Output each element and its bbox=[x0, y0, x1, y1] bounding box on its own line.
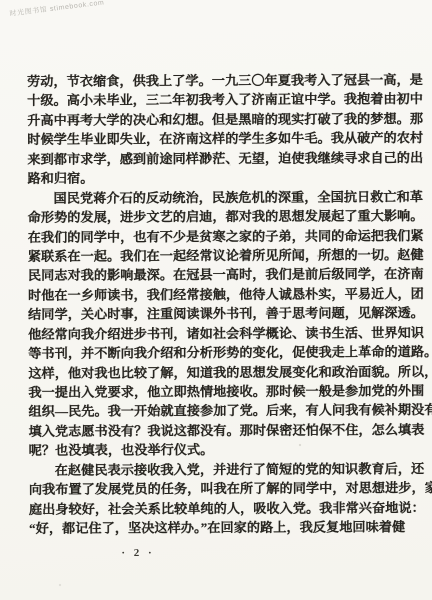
text-line: 时他在一乡师读书，我们经常接触，他待人诚恳朴实，平易近人，团 bbox=[28, 284, 418, 305]
text-line: 等书刊，并不断向我介绍和分析形势的变化，促使我走上革命的道路。 bbox=[28, 342, 418, 363]
text-line: 他经常向我介绍进步书刊，诸如社会科学概论、读书生活、世界知识 bbox=[28, 323, 418, 344]
text-line: 填入党志愿书没有？我说这都没有。那时保密还怕保不住，怎么填表 bbox=[29, 420, 419, 441]
text-line: 来到都市求学，感到前途同样渺茫、无望，迫使我继续寻求自己的出 bbox=[27, 148, 417, 169]
text-line: 在我们的同学中，也有不少是贫寒之家的子弟，共同的命运把我们紧 bbox=[28, 226, 418, 247]
text-block: 劳动，节衣缩食，供我上了学。一九三〇年夏我考入了冠县一高，是十级。高小未毕业，三… bbox=[27, 70, 419, 538]
text-line: 民同志对我的影响最深。在冠县一高时，我们是前后级同学，在济南 bbox=[28, 265, 418, 286]
text-line: 向我布置了发展党员的任务，叫我在所了解的同学中，对思想进步，家 bbox=[29, 478, 419, 499]
text-line: 组织—民先。我一开始就直接参加了党。后来，有人问我有候补期没有 bbox=[28, 401, 418, 422]
text-line: 在赵健民表示接收我入党，并进行了简短的党的知识教育后，还 bbox=[29, 459, 419, 480]
text-line: 我一提出入党要求，他立即热情地接收。那时候一般是参加党的外围 bbox=[28, 381, 418, 402]
text-line: 劳动，节衣缩食，供我上了学。一九三〇年夏我考入了冠县一高，是 bbox=[27, 70, 417, 91]
text-line: 结同学，关心时事，注重阅读课外书刊，善于思考问题，见解深透。 bbox=[28, 303, 418, 324]
scanned-page: 时光图书馆 stimebook.com 劳动，节衣缩食，供我上了学。一九三〇年夏… bbox=[0, 0, 432, 600]
text-line: “好，都记住了，坚决这样办。”在回家的路上，我反复地回味着健 bbox=[29, 517, 419, 538]
text-line: 这样，他对我也比较了解，知道我的思想发展变化和政治面貌。所以， bbox=[28, 362, 418, 383]
text-line: 紧联系在一起。我们在一起经常议论着所见所闻，所想的一切。赵健 bbox=[28, 245, 418, 266]
text-line: 十级。高小未毕业，三二年初我考入了济南正谊中学。我抱着由初中 bbox=[27, 90, 417, 111]
text-line: 命形势的发展，进步文艺的启迪，都对我的思想发展起了重大影响。 bbox=[28, 206, 418, 227]
text-line: 呢？也没填表，也没举行仪式。 bbox=[29, 439, 419, 460]
text-line: 庭出身较好，社会关系比较单纯的人，吸收入党。我非常兴奋地说： bbox=[29, 498, 419, 519]
text-line: 路和归宿。 bbox=[27, 167, 417, 188]
text-line: 时候学生毕业即失业，在济南这样的学生多如牛毛。我从破产的农村 bbox=[27, 128, 417, 149]
text-line: 升高中再考大学的决心和幻想。但是黑暗的现实打破了我的梦想。那 bbox=[27, 109, 417, 130]
text-line: 国民党蒋介石的反动统治，民族危机的深重，全国抗日救亡和革 bbox=[27, 187, 417, 208]
page-number: · 2 · bbox=[96, 547, 180, 559]
watermark-text: 时光图书馆 stimebook.com bbox=[9, 0, 105, 19]
